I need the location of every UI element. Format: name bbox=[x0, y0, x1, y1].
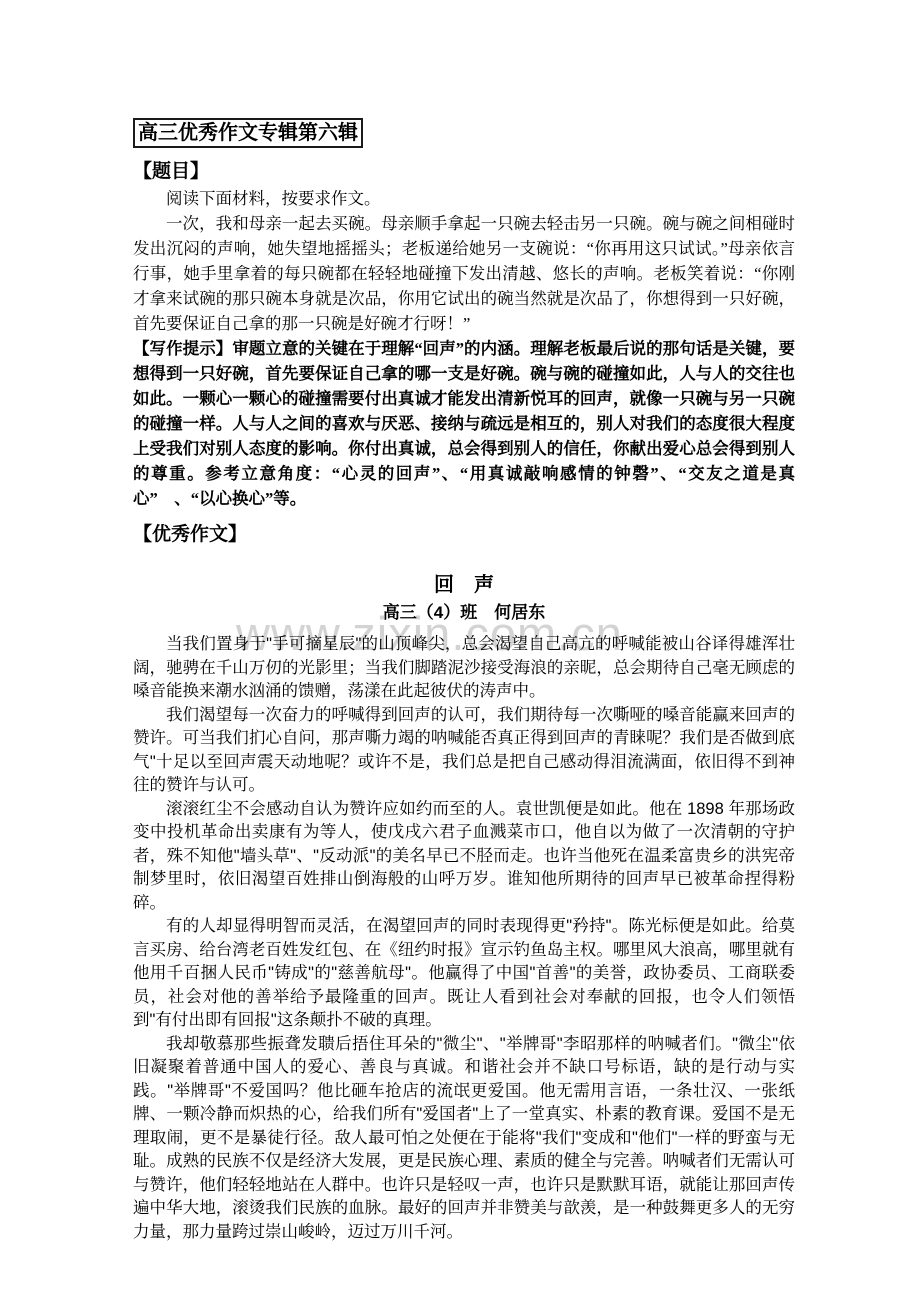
excellent-works-label: 【优秀作文】 bbox=[133, 523, 795, 547]
topic-section-label: 【题目】 bbox=[133, 160, 795, 184]
essay-title: 回 声 bbox=[133, 573, 795, 597]
essay-paragraph: 滚滚红尘不会感动自认为赞许应如约而至的人。袁世凯便是如此。他在 1898 年那场… bbox=[133, 798, 795, 916]
essay-paragraph: 当我们置身于"手可摘星辰"的山顶峰尖，总会渴望自己高亢的呼喊能被山谷译得雄浑壮阔… bbox=[133, 633, 795, 704]
document-page: 高三优秀作文专辑第六辑 【题目】 阅读下面材料，按要求作文。 一次，我和母亲一起… bbox=[133, 118, 795, 1244]
essay-body: 当我们置身于"手可摘星辰"的山顶峰尖，总会渴望自己高亢的呼喊能被山谷译得雄浑壮阔… bbox=[133, 633, 795, 1244]
writing-hint-text: 审题立意的关键在于理解“回声”的内涵。理解老板最后说的那句话是关键，要想得到一只… bbox=[133, 339, 795, 508]
essay-author: 高三（4）班 何居东 bbox=[133, 601, 795, 625]
essay-paragraph: 我却敬慕那些振聋发聩后捂住耳朵的"微尘"、"举牌哥"李昭那样的呐喊者们。"微尘"… bbox=[133, 1033, 795, 1245]
writing-hint: 【写作提示】审题立意的关键在于理解“回声”的内涵。理解老板最后说的那句话是关键，… bbox=[133, 336, 795, 511]
topic-material: 一次，我和母亲一起去买碗。母亲顺手拿起一只碗去轻击另一只碗。碗与碗之间相碰时发出… bbox=[133, 211, 795, 336]
collection-title: 高三优秀作文专辑第六辑 bbox=[133, 118, 363, 148]
writing-hint-label: 【写作提示】 bbox=[133, 339, 232, 358]
topic-intro: 阅读下面材料，按要求作文。 bbox=[133, 186, 795, 211]
essay-paragraph: 有的人却显得明智而灵活，在渴望回声的同时表现得更"矜持"。陈光标便是如此。给莫言… bbox=[133, 915, 795, 1033]
essay-paragraph: 我们渴望每一次奋力的呼喊得到回声的认可，我们期待每一次嘶哑的嗓音能赢来回声的赞许… bbox=[133, 704, 795, 798]
